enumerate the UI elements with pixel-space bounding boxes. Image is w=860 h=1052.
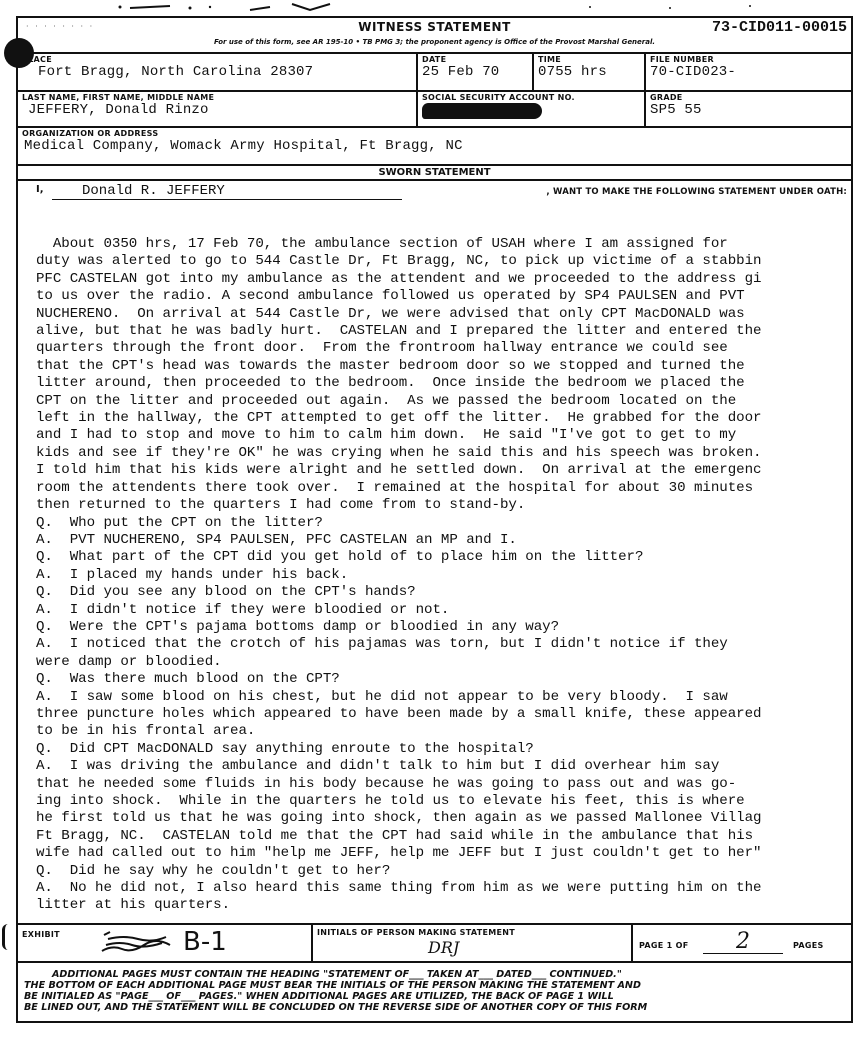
name-value: JEFFERY, Donald Rinzo <box>22 102 412 118</box>
statement-line: A. I didn't notice if they were bloodied… <box>36 602 856 619</box>
oath-line: I, Donald R. JEFFERY , WANT TO MAKE THE … <box>18 181 851 201</box>
statement-line: A. I saw some blood on his chest, but he… <box>36 689 856 706</box>
row-organization: ORGANIZATION OR ADDRESS Medical Company,… <box>18 128 851 166</box>
statement-line: quarters through the front door. From th… <box>36 340 856 357</box>
place-value: Fort Bragg, North Carolina 28307 <box>22 64 412 80</box>
place-label: PLACE <box>22 55 412 64</box>
instruction-line: BE INITIALED AS "PAGE___ OF___ PAGES." W… <box>24 991 845 1002</box>
witness-statement-form: · · · · · · · · WITNESS STATEMENT For us… <box>16 16 853 1023</box>
field-time: TIME 0755 hrs <box>534 54 646 90</box>
organization-label: ORGANIZATION OR ADDRESS <box>22 129 847 138</box>
statement-line: A. I noticed that the crotch of his paja… <box>36 636 856 653</box>
field-organization: ORGANIZATION OR ADDRESS Medical Company,… <box>18 128 851 164</box>
statement-line: PFC CASTELAN got into my ambulance as th… <box>36 271 856 288</box>
statement-line: Q. Was there much blood on the CPT? <box>36 671 856 688</box>
field-initials: INITIALS OF PERSON MAKING STATEMENT DRJ <box>313 925 633 961</box>
statement-text: About 0350 hrs, 17 Feb 70, the ambulance… <box>36 236 856 915</box>
form-header: · · · · · · · · WITNESS STATEMENT For us… <box>18 18 851 54</box>
declarant-name: Donald R. JEFFERY <box>52 183 402 200</box>
name-label: LAST NAME, FIRST NAME, MIDDLE NAME <box>22 93 412 102</box>
statement-line: were damp or bloodied. <box>36 654 856 671</box>
field-date: DATE 25 Feb 70 <box>418 54 534 90</box>
statement-line: Q. What part of the CPT did you get hold… <box>36 549 856 566</box>
date-value: 25 Feb 70 <box>422 64 528 80</box>
statement-line: A. No he did not, I also heard this same… <box>36 880 856 897</box>
ssn-redaction <box>422 103 542 119</box>
page-total: 2 <box>703 931 783 954</box>
statement-line: ing into shock. While in the quarters he… <box>36 793 856 810</box>
footer-row: EXHIBIT B-1 INITIALS OF PERSON MAKING ST… <box>18 925 851 963</box>
sworn-statement-heading: SWORN STATEMENT <box>18 166 851 179</box>
ssn-label: SOCIAL SECURITY ACCOUNT NO. <box>422 93 640 102</box>
initials-value: DRJ <box>428 938 459 957</box>
time-label: TIME <box>538 55 640 64</box>
field-ssn: SOCIAL SECURITY ACCOUNT NO. <box>418 92 646 126</box>
row-sworn-heading: SWORN STATEMENT <box>18 166 851 181</box>
statement-line: NUCHERENO. On arrival at 544 Castle Dr, … <box>36 306 856 323</box>
instruction-line: BE LINED OUT, AND THE STATEMENT WILL BE … <box>24 1002 845 1013</box>
statement-line: Q. Did you see any blood on the CPT's ha… <box>36 584 856 601</box>
statement-line: litter at his quarters. <box>36 897 856 914</box>
page-suffix: PAGES <box>793 941 824 950</box>
instruction-line: ADDITIONAL PAGES MUST CONTAIN THE HEADIN… <box>24 969 845 980</box>
field-page-count: PAGE 1 OF 2 PAGES <box>633 925 851 961</box>
statement-line: Ft Bragg, NC. CASTELAN told me that the … <box>36 828 856 845</box>
oath-suffix: , WANT TO MAKE THE FOLLOWING STATEMENT U… <box>546 187 847 197</box>
statement-line: that the CPT's head was towards the mast… <box>36 358 856 375</box>
statement-line: and I had to stop and move to him to cal… <box>36 427 856 444</box>
instruction-line: THE BOTTOM OF EACH ADDITIONAL PAGE MUST … <box>24 980 845 991</box>
statement-line: CPT on the litter and proceeded out agai… <box>36 393 856 410</box>
statement-line: litter around, then proceeded to the bed… <box>36 375 856 392</box>
statement-line: Q. Did he say why he couldn't get to her… <box>36 863 856 880</box>
date-label: DATE <box>422 55 528 64</box>
binding-mark <box>2 924 13 950</box>
exhibit-label: EXHIBIT <box>22 930 60 939</box>
scan-noise-top <box>30 2 850 14</box>
statement-line: alive, but that he was badly hurt. CASTE… <box>36 323 856 340</box>
statement-line: he first told us that he was going into … <box>36 810 856 827</box>
field-place: PLACE Fort Bragg, North Carolina 28307 <box>18 54 418 90</box>
grade-label: GRADE <box>650 93 847 102</box>
field-file-number: FILE NUMBER 70-CID023- <box>646 54 851 90</box>
grade-value: SP5 55 <box>650 102 847 118</box>
time-value: 0755 hrs <box>538 64 640 80</box>
file-number-label: FILE NUMBER <box>650 55 847 64</box>
oath-prefix: I, <box>36 184 44 195</box>
field-grade: GRADE SP5 55 <box>646 92 851 126</box>
statement-line: A. I placed my hands under his back. <box>36 567 856 584</box>
statement-body: About 0350 hrs, 17 Feb 70, the ambulance… <box>18 201 851 925</box>
statement-line: to us over the radio. A second ambulance… <box>36 288 856 305</box>
organization-value: Medical Company, Womack Army Hospital, F… <box>22 138 847 154</box>
page-prefix: PAGE 1 OF <box>639 941 688 950</box>
statement-line: About 0350 hrs, 17 Feb 70, the ambulance… <box>36 236 856 253</box>
field-exhibit: EXHIBIT B-1 <box>18 925 313 961</box>
statement-line: that he needed some fluids in his body b… <box>36 776 856 793</box>
statement-line: three puncture holes which appeared to h… <box>36 706 856 723</box>
statement-line: Q. Did CPT MacDONALD say anything enrout… <box>36 741 856 758</box>
additional-pages-instructions: ADDITIONAL PAGES MUST CONTAIN THE HEADIN… <box>18 963 851 1023</box>
statement-line: duty was alerted to go to 544 Castle Dr,… <box>36 253 856 270</box>
form-usage-note: For use of this form, see AR 195-10 • TB… <box>18 38 851 46</box>
statement-line: wife had called out to him "help me JEFF… <box>36 845 856 862</box>
statement-line: to be in his frontal area. <box>36 723 856 740</box>
file-number-value: 70-CID023- <box>650 64 847 80</box>
statement-line: A. PVT NUCHERENO, SP4 PAULSEN, PFC CASTE… <box>36 532 856 549</box>
statement-line: Q. Who put the CPT on the litter? <box>36 515 856 532</box>
exhibit-stamp-scribble <box>98 931 174 955</box>
statement-line: kids and see if they're OK" he was cryin… <box>36 445 856 462</box>
document-id: 73-CID011-00015 <box>712 19 847 36</box>
statement-line: A. I was driving the ambulance and didn'… <box>36 758 856 775</box>
row-name-ssn-grade: LAST NAME, FIRST NAME, MIDDLE NAME JEFFE… <box>18 92 851 128</box>
exhibit-value: B-1 <box>183 927 227 957</box>
field-name: LAST NAME, FIRST NAME, MIDDLE NAME JEFFE… <box>18 92 418 126</box>
statement-line: I told him that his kids were alright an… <box>36 462 856 479</box>
statement-line: then returned to the quarters I had come… <box>36 497 856 514</box>
row-place-date-time-file: PLACE Fort Bragg, North Carolina 28307 D… <box>18 54 851 92</box>
statement-line: left in the hallway, the CPT attempted t… <box>36 410 856 427</box>
initials-label: INITIALS OF PERSON MAKING STATEMENT <box>317 928 515 937</box>
statement-line: Q. Were the CPT's pajama bottoms damp or… <box>36 619 856 636</box>
statement-line: room the attendents there took over. I r… <box>36 480 856 497</box>
